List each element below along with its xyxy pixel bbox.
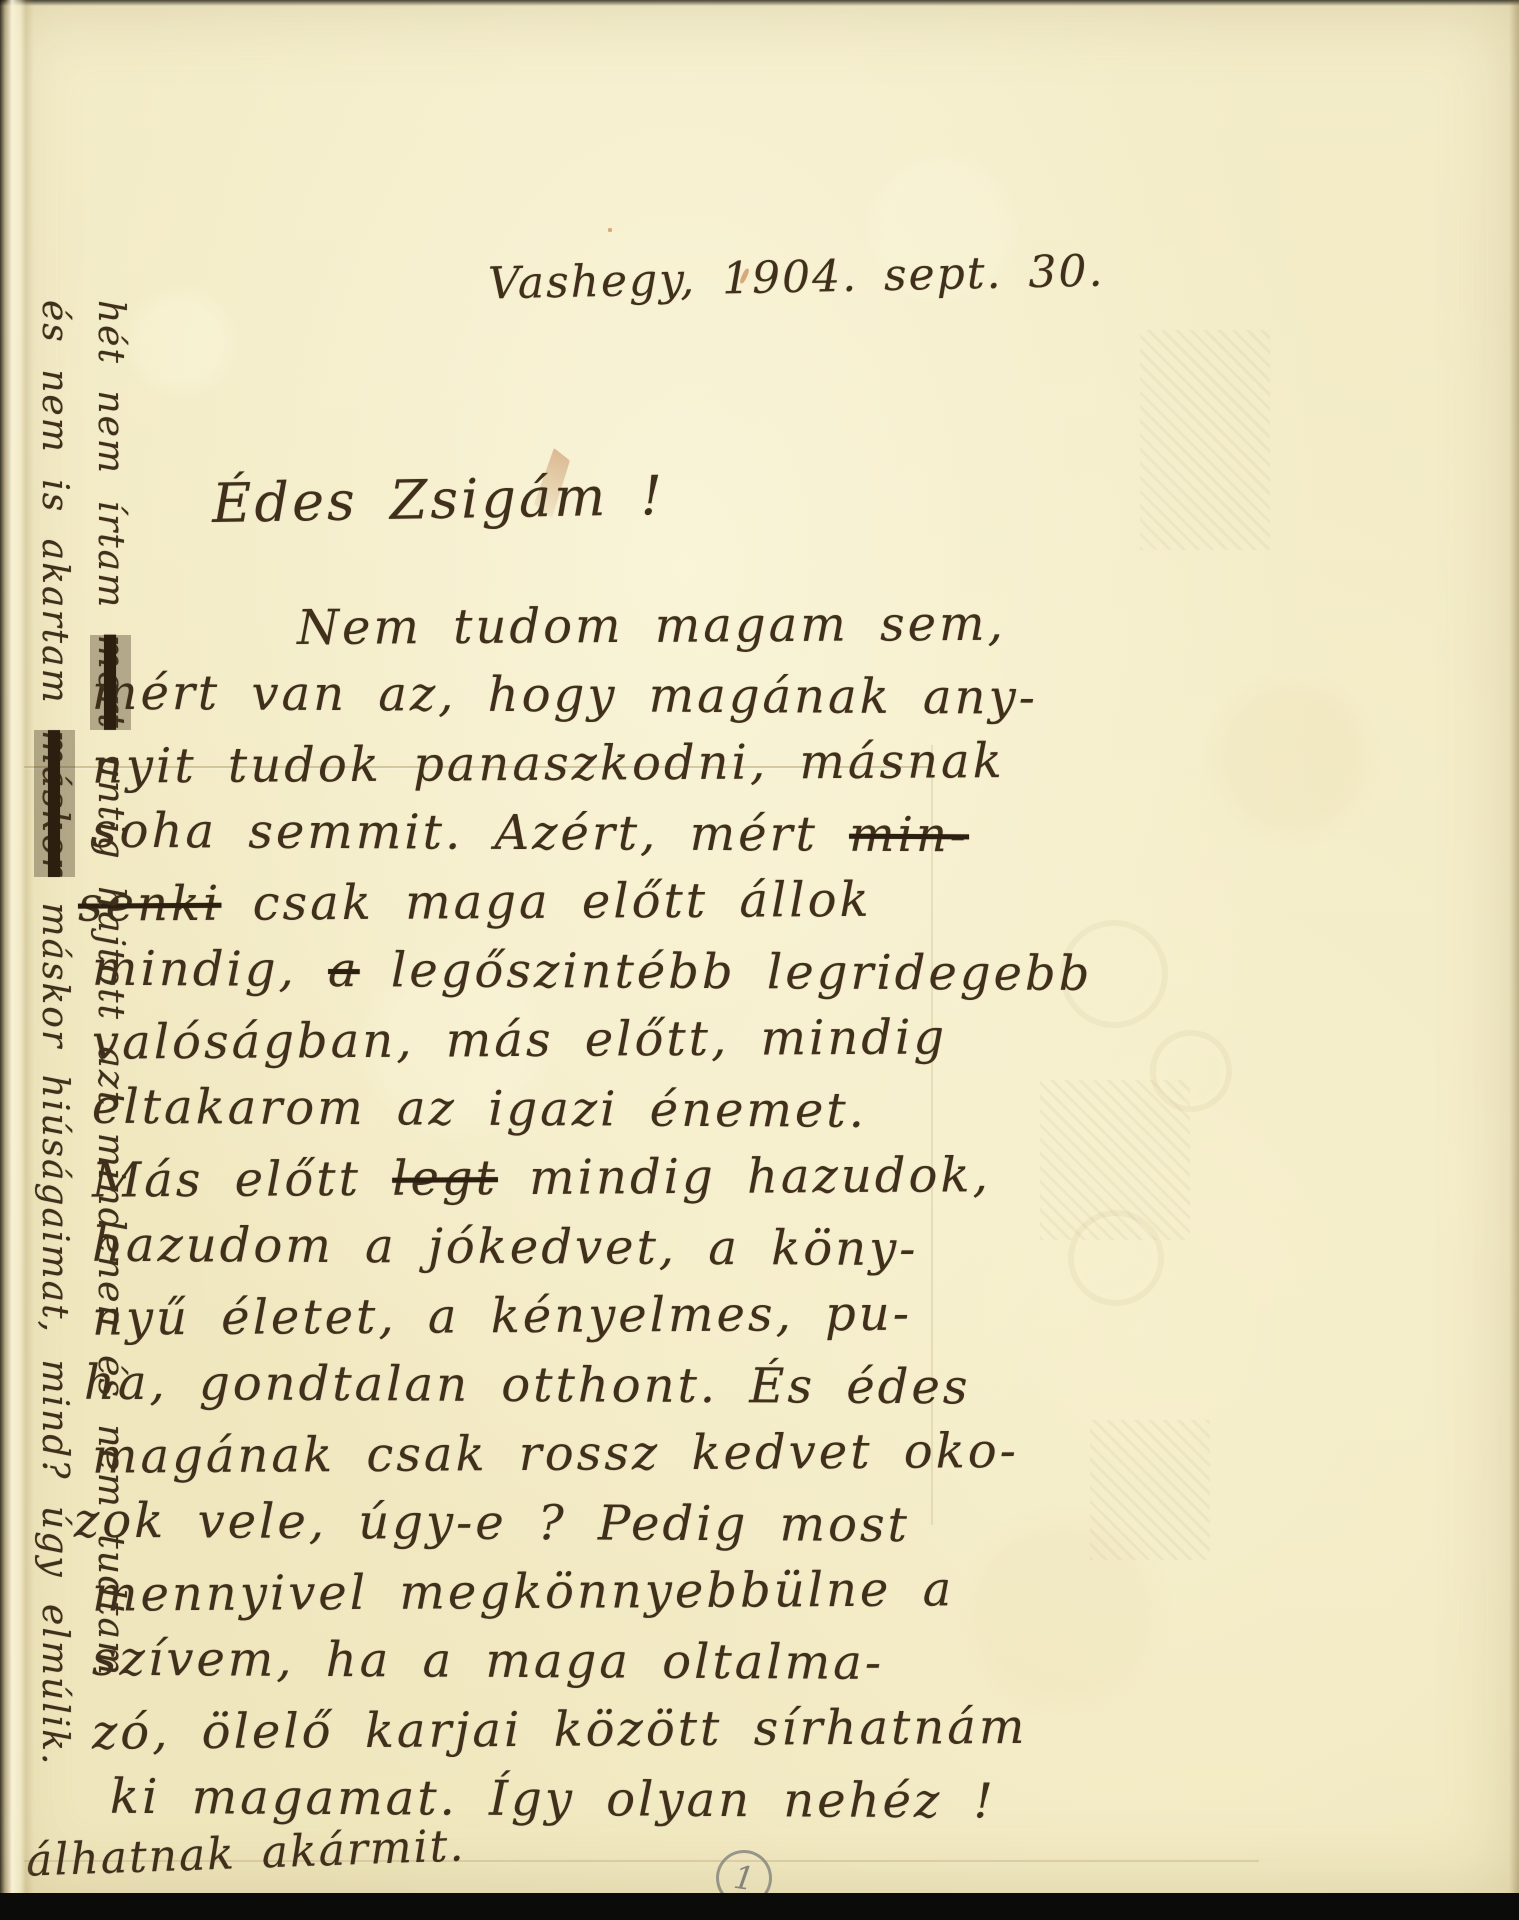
- body-line: zok vele, úgy-e ? Pedig most: [74, 1487, 952, 1561]
- body-line: Nem tudom magam sem,: [297, 590, 952, 663]
- scan-edge-top: [0, 0, 1519, 6]
- body-line: magának csak rossz kedvet oko-: [92, 1417, 952, 1491]
- body-lines: Nem tudom magam sem,mért van az, hogy ma…: [92, 592, 952, 1834]
- body-line: zó, ölelő karjai között sírhatnám: [92, 1693, 952, 1767]
- embossed-ring-pattern: [1068, 1210, 1164, 1306]
- body-line: mennyivel megkönnyebbülne a: [92, 1555, 952, 1629]
- embossed-hatch-pattern: [1090, 1420, 1210, 1560]
- body-line: ki magamat. Így olyan nehéz !: [110, 1763, 952, 1836]
- embossed-hatch-pattern: [1140, 330, 1270, 550]
- body-line: nyű életet, a kényelmes, pu-: [92, 1279, 952, 1353]
- embossed-hatch-pattern: [1040, 1080, 1190, 1240]
- salutation: Édes Zsigám !: [211, 464, 665, 535]
- scan-edge-right: [1509, 0, 1519, 1898]
- body-line: nyit tudok panaszkodni, másnak: [92, 727, 952, 801]
- body-line: soha semmit. Azért, mért min-: [92, 797, 952, 871]
- body-line: senki csak maga előtt állok: [78, 865, 952, 939]
- body-line: ha, gondtalan otthont. És édes: [84, 1349, 952, 1423]
- margin-note-line: és nem is akartam máskor máskor hiúságai…: [26, 300, 82, 1880]
- embossed-ring-pattern: [1150, 1030, 1232, 1112]
- body-line: valóságban, más előtt, mindig: [92, 1003, 952, 1077]
- paper-fleck: [608, 228, 612, 232]
- dateline: Vashegy, 1904. sept. 30.: [488, 246, 1105, 310]
- scan-edge-bottom: [0, 1893, 1519, 1920]
- body-line: Más előtt legt mindig hazudok,: [92, 1141, 952, 1215]
- body-line: hazudom a jókedvet, a köny-: [92, 1211, 952, 1285]
- margin-note-line: hét nem írtam mert untig hajtott azt min…: [82, 300, 138, 1880]
- body-line: mindig, a legőszintébb legridegebb: [92, 935, 952, 1009]
- body-line: mért van az, hogy magának any-: [92, 659, 952, 733]
- margin-note: hét nem írtam mert untig hajtott azt min…: [26, 300, 138, 1880]
- body-line: eltakarom az igazi énemet.: [92, 1073, 952, 1147]
- letter-paper: Vashegy, 1904. sept. 30. Édes Zsigám ! N…: [0, 0, 1519, 1898]
- scan-edge-left: [0, 0, 34, 1898]
- body-line: szívem, ha a maga oltalma-: [92, 1625, 952, 1699]
